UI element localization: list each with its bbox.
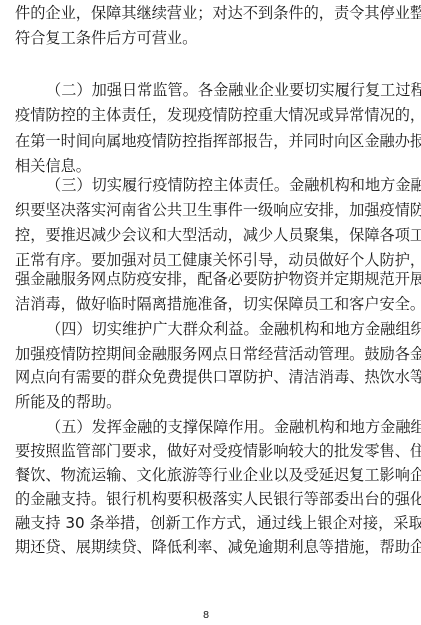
text-line: 融支持 30 条举措，创新工作方式，通过线上银企对接，采取延 — [15, 512, 403, 534]
text-line: 强金融服务网点防疫安排，配备必要防护物资并定期规范开展清 — [15, 268, 403, 290]
text-line: 要按照监管部门要求，做好对受疫情影响较大的批发零售、住宿 — [15, 440, 403, 462]
text-line: 符合复工条件后方可营业。 — [15, 27, 403, 49]
document-page: 件的企业，保障其继续营业；对达不到条件的，责令其停业整改， 符合复工条件后方可营… — [0, 0, 421, 625]
text-line: 所能及的帮助。 — [15, 391, 403, 413]
text-line: 洁消毒，做好临时隔离措施准备，切实保障员工和客户安全。 — [15, 293, 403, 315]
text-line: 加强疫情防控期间金融服务网点日常经营活动管理。鼓励各金融 — [15, 343, 403, 365]
text-line: 控，要推迟减少会议和大型活动，减少人员聚集，保障各项工作 — [15, 224, 403, 246]
section-heading-line: （四）切实维护广大群众利益。金融机构和地方金融组织要 — [46, 318, 403, 340]
text-line: 餐饮、物流运输、文化旅游等行业企业以及受延迟复工影响企业 — [15, 464, 403, 486]
text-line: 网点向有需要的群众免费提供口罩防护、清洁消毒、热饮水等力 — [15, 366, 403, 388]
text-line: 织要坚决落实河南省公共卫生事件一级响应安排，加强疫情防 — [15, 199, 403, 221]
text-line: 件的企业，保障其继续营业；对达不到条件的，责令其停业整改， — [15, 2, 403, 24]
text-line: 在第一时间向属地疫情防控指挥部报告，并同时向区金融办报告 — [15, 130, 403, 152]
section-heading-line: （三）切实履行疫情防控主体责任。金融机构和地方金融组 — [46, 174, 403, 196]
page-number: 8 — [198, 609, 214, 623]
section-heading-line: （五）发挥金融的支撑保障作用。金融机构和地方金融组织 — [46, 416, 403, 438]
text-line: 疫情防控的主体责任，发现疫情防控重大情况或异常情况的，要 — [15, 104, 403, 126]
section-heading-line: （二）加强日常监管。各金融业企业要切实履行复工过程中 — [46, 79, 403, 101]
text-line: 的金融支持。银行机构要积极落实人民银行等部委出台的强化金 — [15, 488, 403, 510]
text-line: 期还贷、展期续贷、降低利率、减免逾期利息等措施，帮助企业 — [15, 536, 403, 558]
